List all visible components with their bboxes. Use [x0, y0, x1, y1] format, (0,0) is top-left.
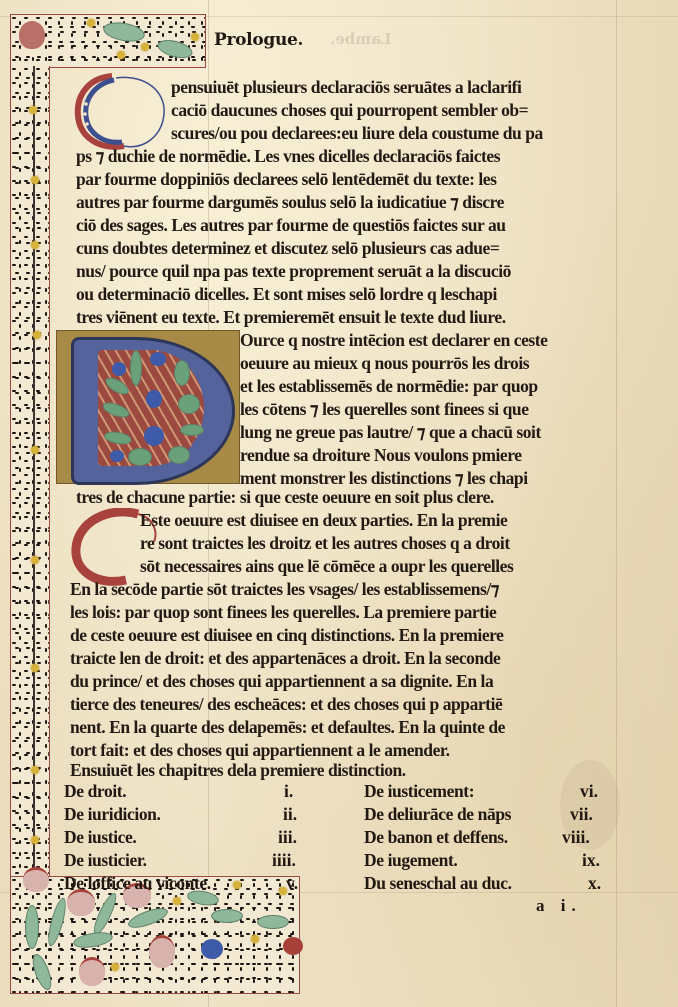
- chapter-title: De banon et deffens.: [364, 827, 508, 848]
- text-line: traicte len de droit: et des appartenāce…: [70, 647, 500, 669]
- text-line: par fourme doppiniōs declarees selō lent…: [76, 168, 497, 190]
- chapter-title: De iusticier.: [64, 850, 147, 871]
- text-line: tres de chacune partie: si que ceste oeu…: [76, 486, 494, 508]
- blue-flower-icon: [146, 390, 162, 408]
- text-line: ps ⁊ duchie de normēdie. Les vnes dicell…: [76, 145, 500, 167]
- flower-icon: [23, 867, 49, 892]
- gold-dot-icon: [191, 33, 199, 41]
- flower-icon: [79, 957, 105, 986]
- chapter-number: x.: [588, 873, 601, 894]
- chapter-number: viii.: [562, 827, 590, 848]
- leaf-icon: [178, 394, 200, 414]
- border-top-panel: [10, 14, 206, 68]
- text-line: rendue sa droiture Nous voulons pmiere: [240, 444, 522, 466]
- leaf-icon: [180, 424, 204, 436]
- chapter-title: De iuridicion.: [64, 804, 161, 825]
- blue-flower-icon: [110, 450, 124, 462]
- gold-dot-icon: [31, 836, 39, 844]
- blue-flower-icon: [112, 362, 126, 376]
- text-line: tierce des teneures/ des escheāces: et d…: [70, 693, 502, 715]
- text-line: nus/ pource quil npa pas texte propremen…: [76, 260, 511, 282]
- chapter-title: De iustice.: [64, 827, 136, 848]
- signature-mark: a i.: [536, 896, 582, 916]
- blue-flower-icon: [150, 352, 166, 366]
- leaf-icon: [25, 905, 39, 949]
- text-line: Este oeuure est diuisee en deux parties.…: [140, 509, 507, 531]
- chapter-title: De iugement.: [364, 850, 457, 871]
- flower-icon: [19, 21, 45, 49]
- illuminated-initial-p: [56, 330, 240, 484]
- flower-icon: [149, 935, 175, 968]
- leaf-icon: [103, 374, 132, 397]
- gold-dot-icon: [117, 51, 125, 59]
- text-line: tres viēnent eu texte. Et premieremēt en…: [76, 306, 506, 328]
- gold-dot-icon: [31, 766, 39, 774]
- text-line: et les establissemēs de normēdie: par qu…: [240, 375, 538, 397]
- text-line: ou determinaciō dicelles. Et sont mises …: [76, 283, 497, 305]
- text-line: de ceste oeuure est diuisee en cinq dist…: [70, 624, 503, 646]
- initial-floral-field: [98, 350, 204, 466]
- text-line: nent. En la quarte des delapemēs: et def…: [70, 716, 505, 738]
- text-line: autres par fourme dargumēs soulus selō l…: [76, 191, 504, 213]
- gold-dot-icon: [31, 241, 39, 249]
- gold-dot-icon: [31, 664, 39, 672]
- gold-dot-icon: [173, 897, 181, 905]
- chapter-title: De loffice au viconte.: [64, 873, 211, 894]
- text-line: caciō daucunes choses qui pourropent sem…: [171, 99, 528, 121]
- chapter-title: Du seneschal au duc.: [364, 873, 512, 894]
- chapter-number: vii.: [570, 804, 593, 825]
- initial-letter-c: [72, 72, 168, 152]
- text-line: les cōtens ⁊ les querelles sont finees s…: [240, 398, 529, 420]
- chapter-number: i.: [284, 781, 293, 802]
- leaf-icon: [102, 19, 146, 44]
- text-line: En la secōde partie sōt traictes les vsa…: [70, 578, 499, 600]
- blue-flower-icon: [201, 939, 223, 959]
- text-line: sōt necessaires ains que lē cōmēce a oup…: [140, 555, 513, 577]
- leaf-icon: [126, 904, 170, 932]
- leaf-icon: [211, 909, 243, 923]
- text-line: lung ne greue pas lautre/ ⁊ que a chacū …: [240, 421, 541, 443]
- text-line: ciō des sages. Les autres par fourme de …: [76, 214, 506, 236]
- text-line: pensuiuēt plusieurs declaraciōs seruātes…: [171, 76, 521, 98]
- vine-stem: [33, 66, 35, 878]
- chapter-number: ix.: [582, 850, 600, 871]
- text-line: oeuure au mieux q nous pourrōs les drois: [240, 352, 529, 374]
- chapter-number: v.: [286, 873, 298, 894]
- leaf-icon: [130, 350, 142, 386]
- gold-dot-icon: [33, 331, 41, 339]
- text-line: scures/ou pou declarees:eu liure dela co…: [171, 122, 543, 144]
- chapter-title: De droit.: [64, 781, 126, 802]
- chapter-number: iiii.: [272, 850, 296, 871]
- gold-dot-icon: [87, 19, 95, 27]
- chapter-number: vi.: [580, 781, 598, 802]
- border-left-panel: [10, 66, 50, 878]
- red-flower-icon: [283, 937, 303, 955]
- text-line: re sont traictes les droitz et les autre…: [140, 532, 510, 554]
- gold-dot-icon: [29, 106, 37, 114]
- leaf-icon: [168, 446, 190, 464]
- leaf-icon: [103, 430, 133, 447]
- chapter-number: iii.: [278, 827, 297, 848]
- chapter-number: ii.: [283, 804, 297, 825]
- leaf-icon: [45, 896, 70, 947]
- gold-dot-icon: [31, 176, 39, 184]
- text-line: tort fait: et des choses qui appartienne…: [70, 739, 450, 761]
- blue-flower-icon: [144, 426, 164, 446]
- leaf-icon: [257, 915, 289, 929]
- text-line: Ensuiuēt les chapitres dela premiere dis…: [70, 759, 406, 781]
- gold-dot-icon: [31, 446, 39, 454]
- initial-c-icon: [72, 72, 168, 152]
- leaf-icon: [128, 448, 152, 466]
- gold-dot-icon: [111, 963, 119, 971]
- ruling-line: [616, 0, 617, 1007]
- text-line: les lois: par quop sont finees les quere…: [70, 601, 496, 623]
- bleed-through-text: Lambe.: [330, 30, 391, 48]
- initial-letter-body: [71, 337, 235, 485]
- leaf-icon: [72, 930, 114, 951]
- leaf-icon: [156, 37, 195, 62]
- text-line: cuns doubtes determinez et discutez selō…: [76, 237, 499, 259]
- leaf-icon: [101, 400, 131, 421]
- gold-dot-icon: [141, 43, 149, 51]
- leaf-icon: [29, 952, 55, 992]
- chapter-title: De iusticement:: [364, 781, 474, 802]
- chapter-title: De deliurāce de nāps: [364, 804, 511, 825]
- text-line: du prince/ et des choses qui appartienne…: [70, 670, 493, 692]
- leaf-icon: [174, 360, 190, 386]
- gold-dot-icon: [251, 935, 259, 943]
- page-heading: Prologue.: [214, 30, 303, 50]
- gold-dot-icon: [31, 556, 39, 564]
- text-line: Ource q nostre intēcion est declarer en …: [240, 329, 547, 351]
- gold-dot-icon: [233, 881, 241, 889]
